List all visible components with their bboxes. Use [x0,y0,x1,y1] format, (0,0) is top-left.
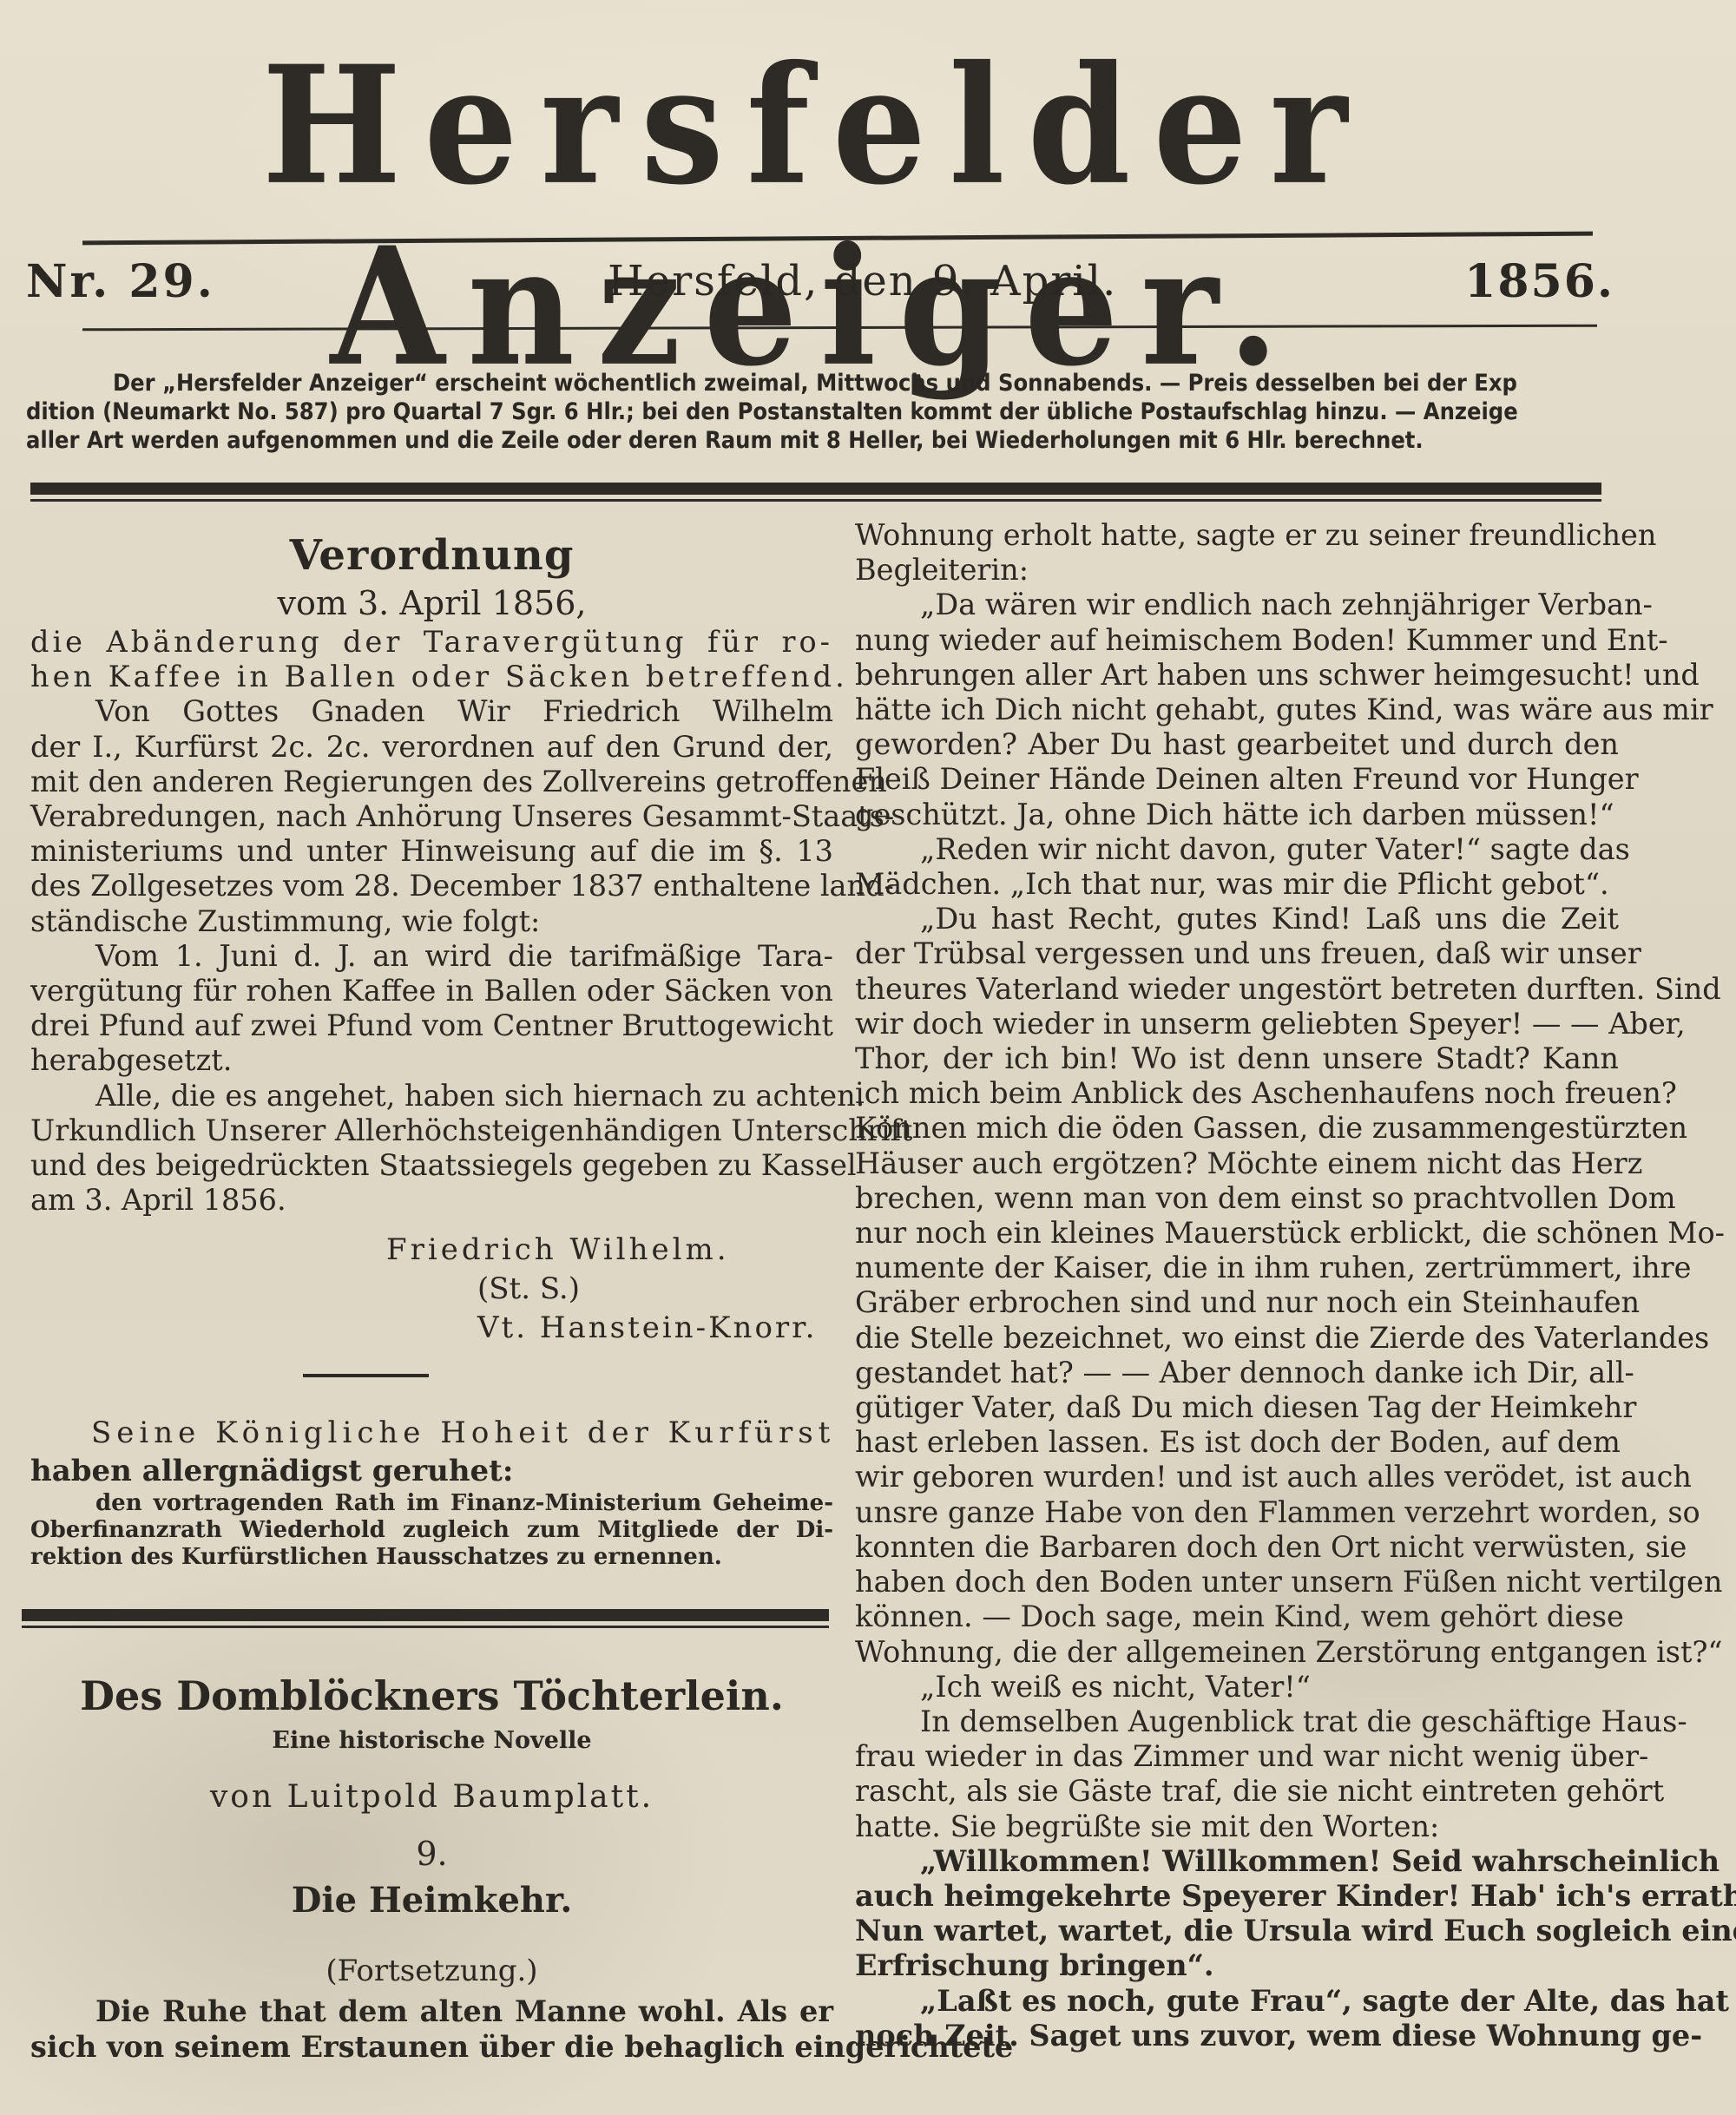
ordinance-signature: Friedrich Wilhelm. [30,1230,833,1270]
ordinance-line: Urkundlich Unserer Allerhöchsteigenhändi… [30,1113,833,1148]
novel-line: „Willkommen! Willkommen! Seid wahrschein… [855,1844,1619,1879]
novel-line: hatte. Sie begrüßte sie mit den Worten: [855,1810,1619,1844]
novel-line: Gräber erbrochen sind und nur noch ein S… [855,1285,1619,1320]
novel-line: Wohnung, die der allgemeinen Zerstörung … [855,1635,1619,1670]
novel-line: Erfrischung bringen“. [855,1948,1619,1983]
novel-line: konnten die Barbaren doch den Ort nicht … [855,1530,1619,1565]
novel-line: rascht, als sie Gäste traf, die sie nich… [855,1774,1619,1809]
appointment-body-line: Oberfinanzrath Wiederhold zugleich zum M… [30,1517,833,1544]
appointment-body: den vortragenden Rath im Finanz-Minister… [30,1490,833,1571]
serial-novel: Des Domblöckners Töchterlein. Eine histo… [30,1670,833,2064]
right-column: Wohnung erholt hatte, sagte er zu seiner… [855,518,1619,2053]
novel-line: Können mich die öden Gassen, die zusamme… [855,1111,1619,1146]
appointment-line: haben allergnädigst geruhet: [30,1452,833,1490]
novel-line: Mädchen. „Ich that nur, was mir die Pfli… [855,867,1619,902]
ordinance-heading: Verordnung [30,529,833,581]
ordinance-line: und des beigedrückten Staatssiegels gege… [30,1148,833,1183]
novel-line: noch Zeit. Saget uns zuvor, wem diese Wo… [855,2019,1619,2053]
novel-line: In demselben Augenblick trat die geschäf… [855,1704,1619,1739]
novel-line: Wohnung erholt hatte, sagte er zu seiner… [855,518,1619,553]
novel-line: Fleiß Deiner Hände Deinen alten Freund v… [855,762,1619,797]
novel-line: wir doch wieder in unserm geliebten Spey… [855,1007,1619,1041]
section-rule-thin [30,499,1601,502]
novel-line: Nun wartet, wartet, die Ursula wird Euch… [855,1914,1619,1948]
novel-line: „Reden wir nicht davon, guter Vater!“ sa… [855,832,1619,867]
appointment-notice: Seine Königliche Hoheit der Kurfürst hab… [30,1414,833,1571]
novel-line: behrungen aller Art haben uns schwer hei… [855,658,1619,693]
ordinance-subject-line: die Abänderung der Taravergütung für ro- [30,625,833,660]
appointment-body-line: den vortragenden Rath im Finanz-Minister… [30,1490,833,1517]
novel-line: frau wieder in das Zimmer und war nicht … [855,1739,1619,1774]
novel-line: numente der Kaiser, die in ihm ruhen, ze… [855,1251,1619,1285]
notice-line: aller Art werden aufgenommen und die Zei… [26,426,1619,455]
ordinance-seal: (St. S.) [30,1270,833,1308]
ordinance-line: der I., Kurfürst 2c. 2c. verordnen auf d… [30,730,833,765]
section-rule-thick [22,1609,829,1621]
novel-line: hast erleben lassen. Es ist doch der Bod… [855,1425,1619,1460]
ordinance-line: herabgesetzt. [30,1043,833,1078]
novel-line: sich von seinem Erstaunen über die behag… [30,2030,833,2065]
novel-line: haben doch den Boden unter unsern Füßen … [855,1565,1619,1599]
short-divider [303,1374,429,1377]
ordinance-line: drei Pfund auf zwei Pfund vom Centner Br… [30,1008,833,1043]
chapter-number: 9. [30,1829,833,1878]
novel-line: unsre ganze Habe von den Flammen verzehr… [855,1495,1619,1530]
novel-line: „Da wären wir endlich nach zehnjähriger … [855,588,1619,622]
ordinance-line: am 3. April 1856. [30,1183,833,1218]
ordinance-line: Von Gottes Gnaden Wir Friedrich Wilhelm [30,694,833,729]
masthead-title: Hersfelder Anzeiger. [78,36,1554,217]
novel-line: theures Vaterland wieder ungestört betre… [855,972,1619,1007]
novel-line: nur noch ein kleines Mauerstück erblickt… [855,1216,1619,1251]
novel-line: Begleiterin: [855,553,1619,588]
novel-line: Häuser auch ergötzen? Möchte einem nicht… [855,1146,1619,1181]
novel-line: ich mich beim Anblick des Aschenhaufens … [855,1076,1619,1111]
novel-line: Die Ruhe that dem alten Manne wohl. Als … [30,1994,833,2029]
notice-line: Der „Hersfelder Anzeiger“ erscheint wöch… [26,369,1619,397]
ordinance-countersign: Vt. Hanstein-Knorr. [30,1308,833,1348]
subscription-notice: Der „Hersfelder Anzeiger“ erscheint wöch… [26,369,1619,455]
ordinance-line: vergütung für rohen Kaffee in Ballen ode… [30,974,833,1008]
novel-line: die Stelle bezeichnet, wo einst die Zier… [855,1321,1619,1356]
novel-line: wir geboren wurden! und ist auch alles v… [855,1460,1619,1494]
ordinance: Verordnung vom 3. April 1856, die Abände… [30,529,833,1348]
novel-author: von Luitpold Baumplatt. [30,1776,833,1819]
ordinance-line: ständische Zustimmung, wie folgt: [30,904,833,939]
novel-line: gütiger Vater, daß Du mich diesen Tag de… [855,1390,1619,1425]
novel-line: „Laßt es noch, gute Frau“, sagte der Alt… [855,1984,1619,2019]
notice-line: dition (Neumarkt No. 587) pro Quartal 7 … [26,397,1619,426]
novel-line: der Trübsal vergessen und uns freuen, da… [855,936,1619,971]
ordinance-line: Vom 1. Juni d. J. an wird die tarifmäßig… [30,939,833,974]
issue-number: Nr. 29. [26,255,215,308]
issue-year: 1856. [1464,255,1614,308]
novel-line: Thor, der ich bin! Wo ist denn unsere St… [855,1041,1619,1076]
novel-line: können. — Doch sage, mein Kind, wem gehö… [855,1599,1619,1634]
left-column: Verordnung vom 3. April 1856, die Abände… [30,521,833,2065]
dateline: Nr. 29. Hersfeld, den 9. April. 1856. [26,252,1614,312]
ordinance-line: Alle, die es angehet, haben sich hiernac… [30,1079,833,1113]
appointment-body-line: rektion des Kurfürstlichen Hausschatzes … [30,1544,833,1571]
continuation-note: (Fortsetzung.) [30,1948,833,1994]
ordinance-line: Verabredungen, nach Anhörung Unseres Ges… [30,799,833,834]
section-rule-thick [30,483,1601,495]
section-rule-thin [22,1626,829,1628]
novel-line: „Ich weiß es nicht, Vater!“ [855,1670,1619,1704]
ordinance-line: ministeriums und unter Hinweisung auf di… [30,834,833,869]
novel-line: gestandet hat? — — Aber dennoch danke ic… [855,1356,1619,1390]
novel-line: nung wieder auf heimischem Boden! Kummer… [855,623,1619,658]
ordinance-date: vom 3. April 1856, [30,581,833,625]
novel-line: hätte ich Dich nicht gehabt, gutes Kind,… [855,693,1619,727]
ordinance-subject-line: hen Kaffee in Ballen oder Säcken betreff… [30,660,833,694]
place-date: Hersfeld, den 9. April. [608,257,1117,305]
novel-line: geschützt. Ja, ohne Dich hätte ich darbe… [855,798,1619,832]
novel-subtitle: Eine historische Novelle [30,1722,833,1760]
appointment-heading: Seine Königliche Hoheit der Kurfürst [30,1414,833,1452]
novel-line: brechen, wenn man von dem einst so prach… [855,1181,1619,1216]
chapter-title: Die Heimkehr. [30,1878,833,1923]
novel-title: Des Domblöckners Töchterlein. [30,1670,833,1722]
ordinance-line: mit den anderen Regierungen des Zollvere… [30,765,833,799]
novel-line: auch heimgekehrte Speyerer Kinder! Hab' … [855,1879,1619,1914]
novel-line: „Du hast Recht, gutes Kind! Laß uns die … [855,902,1619,936]
novel-line: geworden? Aber Du hast gearbeitet und du… [855,727,1619,762]
ordinance-line: des Zollgesetzes vom 28. December 1837 e… [30,869,833,903]
